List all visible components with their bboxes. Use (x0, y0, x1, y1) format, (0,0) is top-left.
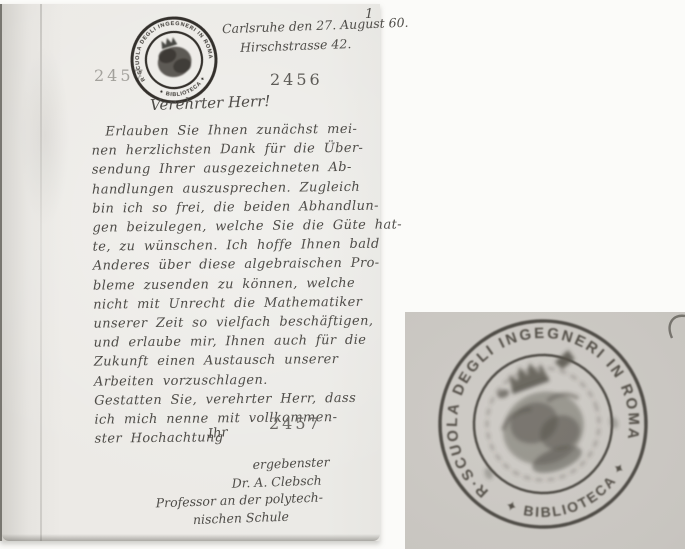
body-line: Anderes über diese algebraischen Pro- (93, 254, 403, 276)
stamp-emblem (151, 33, 196, 82)
dateline-line2: Hirschstrasse 42. (240, 36, 352, 55)
scan-canvas: 1 Carlsruhe den 27. August 60. Hirschstr… (0, 0, 685, 549)
catalog-number-upper-right: 2456 (270, 70, 323, 89)
catalog-number-lower: 2457 (269, 414, 322, 433)
closing-ihr: Ihr (207, 425, 228, 442)
letter-body: Erlauben Sie Ihnen zunächst mei- nen her… (91, 119, 404, 449)
body-line: ster Hochachtung (95, 427, 405, 449)
salutation: Verehrter Herr! (150, 92, 271, 114)
library-stamp-enlarged: R·SCUOLA DEGLI INGEGNERI IN ROMA ✦ BIBLI… (405, 312, 685, 549)
dateline-line1: Carlsruhe den 27. August 60. (222, 15, 409, 37)
letter-page: 1 Carlsruhe den 27. August 60. Hirschstr… (0, 4, 380, 541)
body-line: nen herzlichsten Dank für die Über- (92, 139, 402, 161)
page-fold-crease (40, 4, 42, 541)
library-stamp-small-icon: R·SCUOLA DEGLI INGEGNERI IN ROMA ✦ BIBLI… (127, 16, 221, 104)
body-line: und erlaube mir, Ihnen auch für die (94, 331, 404, 353)
stamp-detail-panel: R·SCUOLA DEGLI INGEGNERI IN ROMA ✦ BIBLI… (405, 312, 685, 549)
page-bottom-shadow (2, 534, 380, 541)
signature-block: ergebenster Dr. A. Clebsch Professor an … (146, 452, 358, 529)
handwriting-corner-mark (663, 313, 685, 341)
